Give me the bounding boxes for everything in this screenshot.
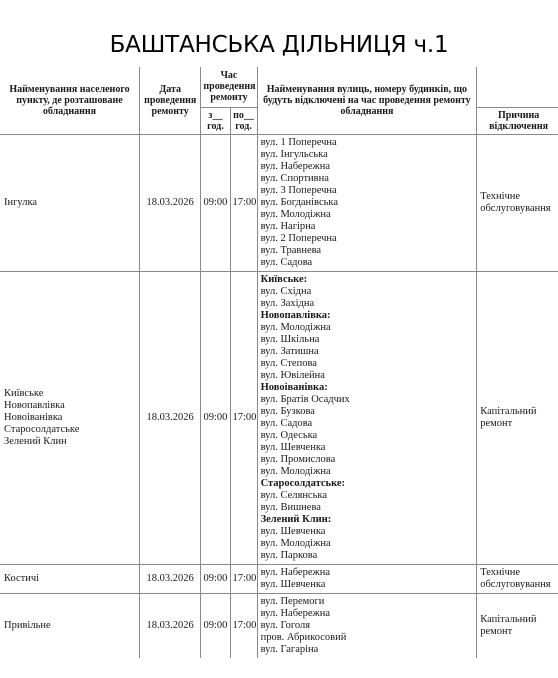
- header-reason-blank: [477, 67, 558, 107]
- street-item: вул. Бузкова: [261, 406, 474, 418]
- street-item: вул. Східна: [261, 286, 474, 298]
- street-item: вул. Шкільна: [261, 334, 474, 346]
- reason-cell: Капітальний ремонт: [477, 271, 558, 564]
- header-streets: Найменування вулиць, номеру будинків, що…: [257, 67, 477, 134]
- reason-cell: Технічне обслуговування: [477, 134, 558, 271]
- settlement-name: Старосолдатське: [4, 424, 137, 436]
- settlement-name: Київське: [4, 388, 137, 400]
- table-body: Інгулка18.03.202609:0017:00вул. 1 Попере…: [0, 134, 558, 658]
- settlement-cell: Привільне: [0, 593, 139, 658]
- date-cell: 18.03.2026: [139, 593, 200, 658]
- street-item: вул. Одеська: [261, 430, 474, 442]
- header-time-to: по__ год.: [230, 107, 257, 134]
- street-item: вул. Травнева: [261, 245, 474, 257]
- street-item: вул. Західна: [261, 298, 474, 310]
- table-row: Костичі18.03.202609:0017:00вул. Набережн…: [0, 564, 558, 593]
- street-item: вул. Промислова: [261, 454, 474, 466]
- time-to-cell: 17:00: [230, 564, 257, 593]
- time-from-cell: 09:00: [201, 593, 230, 658]
- street-item: пров. Абрикосовий: [261, 632, 474, 644]
- date-cell: 18.03.2026: [139, 134, 200, 271]
- settlement-cell: Костичі: [0, 564, 139, 593]
- street-item: вул. Паркова: [261, 550, 474, 562]
- street-item: вул. Вишнева: [261, 502, 474, 514]
- street-item: вул. Шевченка: [261, 526, 474, 538]
- settlement-name: Привільне: [4, 620, 137, 632]
- reason-cell: Капітальний ремонт: [477, 593, 558, 658]
- street-item: вул. Гоголя: [261, 620, 474, 632]
- street-item: вул. Богданівська: [261, 197, 474, 209]
- time-from-cell: 09:00: [201, 271, 230, 564]
- streets-cell: вул. Перемогивул. Набережнавул. Гоголяпр…: [257, 593, 477, 658]
- settlement-name: Інгулка: [4, 197, 137, 209]
- street-item: вул. 1 Поперечна: [261, 137, 474, 149]
- document-title: БАШТАНСЬКА ДІЛЬНИЦЯ ч.1: [0, 32, 558, 58]
- header-settlement: Найменування населеного пункту, де розта…: [0, 67, 139, 134]
- outage-schedule-table: Найменування населеного пункту, де розта…: [0, 67, 558, 658]
- street-item: вул. Набережна: [261, 567, 474, 579]
- settlement-name: Зелений Клин: [4, 436, 137, 448]
- table-row: Інгулка18.03.202609:0017:00вул. 1 Попере…: [0, 134, 558, 271]
- time-from-cell: 09:00: [201, 134, 230, 271]
- time-to-cell: 17:00: [230, 134, 257, 271]
- street-item: вул. Селянська: [261, 490, 474, 502]
- time-to-cell: 17:00: [230, 271, 257, 564]
- time-to-cell: 17:00: [230, 593, 257, 658]
- streets-cell: вул. Набережнавул. Шевченка: [257, 564, 477, 593]
- street-item: вул. Садова: [261, 418, 474, 430]
- header-date: Дата проведення ремонту: [139, 67, 200, 134]
- settlement-cell: Інгулка: [0, 134, 139, 271]
- table-row: КиївськеНовопавлівкаНовоіванівкаСтаросол…: [0, 271, 558, 564]
- street-item: вул. Молодіжна: [261, 322, 474, 334]
- street-item: вул. Степова: [261, 358, 474, 370]
- settlement-group-heading: Новопавлівка:: [261, 310, 474, 322]
- date-cell: 18.03.2026: [139, 271, 200, 564]
- settlement-group-heading: Новоіванівка:: [261, 382, 474, 394]
- street-item: вул. Інгульська: [261, 149, 474, 161]
- street-item: вул. Садова: [261, 257, 474, 269]
- street-item: вул. Молодіжна: [261, 538, 474, 550]
- street-item: вул. Молодіжна: [261, 209, 474, 221]
- header-reason: Причина відключення: [477, 107, 558, 134]
- settlement-name: Новоіванівка: [4, 412, 137, 424]
- street-item: вул. Молодіжна: [261, 466, 474, 478]
- header-time-from: з__ год.: [201, 107, 230, 134]
- street-item: вул. Перемоги: [261, 596, 474, 608]
- header-time: Час проведення ремонту: [201, 67, 257, 107]
- settlement-group-heading: Зелений Клин:: [261, 514, 474, 526]
- street-item: вул. 3 Поперечна: [261, 185, 474, 197]
- settlement-name: Костичі: [4, 573, 137, 585]
- date-cell: 18.03.2026: [139, 564, 200, 593]
- street-item: вул. Гагаріна: [261, 644, 474, 656]
- streets-cell: вул. 1 Поперечнавул. Інгульськавул. Набе…: [257, 134, 477, 271]
- street-item: вул. Спортивна: [261, 173, 474, 185]
- table-row: Привільне18.03.202609:0017:00вул. Перемо…: [0, 593, 558, 658]
- street-item: вул. Нагірна: [261, 221, 474, 233]
- time-from-cell: 09:00: [201, 564, 230, 593]
- settlement-cell: КиївськеНовопавлівкаНовоіванівкаСтаросол…: [0, 271, 139, 564]
- reason-cell: Технічне обслуговування: [477, 564, 558, 593]
- settlement-group-heading: Старосолдатське:: [261, 478, 474, 490]
- settlement-name: Новопавлівка: [4, 400, 137, 412]
- street-item: вул. Набережна: [261, 161, 474, 173]
- street-item: вул. Набережна: [261, 608, 474, 620]
- street-item: вул. 2 Поперечна: [261, 233, 474, 245]
- street-item: вул. Шевченка: [261, 579, 474, 591]
- settlement-group-heading: Київське:: [261, 274, 474, 286]
- street-item: вул. Братів Осадчих: [261, 394, 474, 406]
- street-item: вул. Шевченка: [261, 442, 474, 454]
- street-item: вул. Затишна: [261, 346, 474, 358]
- street-item: вул. Ювілейна: [261, 370, 474, 382]
- streets-cell: Київське:вул. Східнавул. ЗахіднаНовопавл…: [257, 271, 477, 564]
